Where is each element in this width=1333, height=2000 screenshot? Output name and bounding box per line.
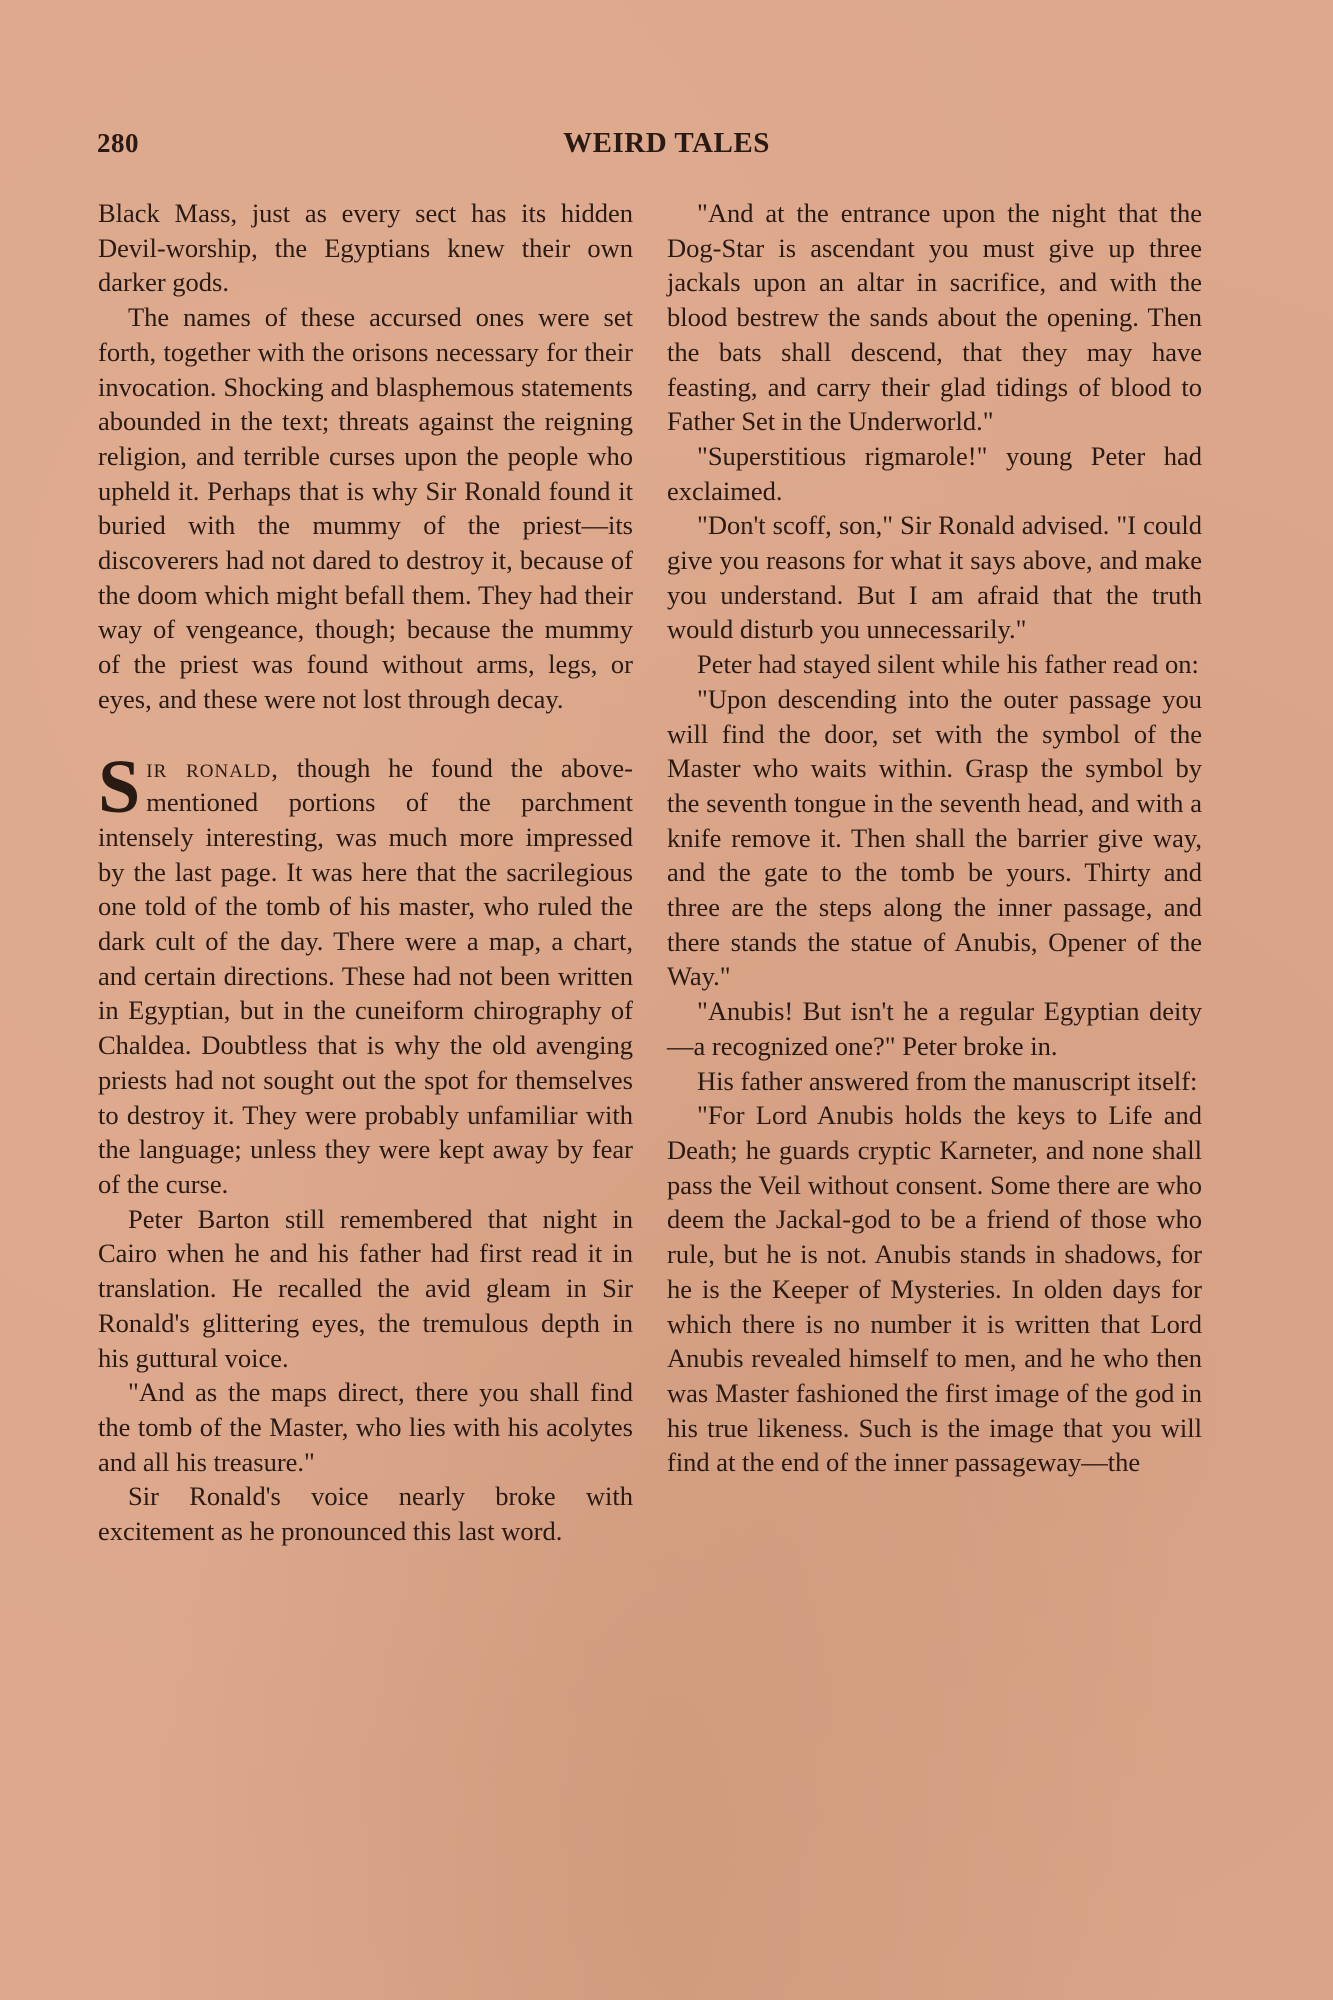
paragraph: "And at the entrance upon the night that… xyxy=(667,196,1202,439)
right-column: "And at the entrance upon the night that… xyxy=(667,196,1202,1480)
paragraph: "Don't scoff, son," Sir Ronald advised. … xyxy=(667,508,1202,647)
paragraph: "And as the maps direct, there you shall… xyxy=(98,1375,633,1479)
running-head: WEIRD TALES xyxy=(0,127,1333,160)
section-opening-paragraph: Sir ronald, though he found the above-me… xyxy=(98,751,633,1202)
paragraph: "Superstitious rigmarole!" young Peter h… xyxy=(667,439,1202,508)
paragraph: "Anubis! But isn't he a regular Egyptian… xyxy=(667,994,1202,1063)
paragraph: Peter had stayed silent while his father… xyxy=(667,647,1202,682)
paragraph: His father answered from the manuscript … xyxy=(667,1064,1202,1099)
paragraph: Peter Barton still remembered that night… xyxy=(98,1202,633,1376)
paragraph: Black Mass, just as every sect has its h… xyxy=(98,196,633,300)
small-caps-lead: ir ronald, xyxy=(146,753,279,783)
paragraph: Sir Ronald's voice nearly broke with exc… xyxy=(98,1479,633,1548)
left-column: Black Mass, just as every sect has its h… xyxy=(98,196,633,1549)
paragraph: The names of these accursed ones were se… xyxy=(98,300,633,716)
paragraph: "For Lord Anubis holds the keys to Life … xyxy=(667,1098,1202,1480)
drop-cap: S xyxy=(98,758,140,816)
paragraph: "Upon descending into the outer passage … xyxy=(667,682,1202,994)
paragraph-text: though he found the above-mentioned port… xyxy=(98,753,633,1199)
